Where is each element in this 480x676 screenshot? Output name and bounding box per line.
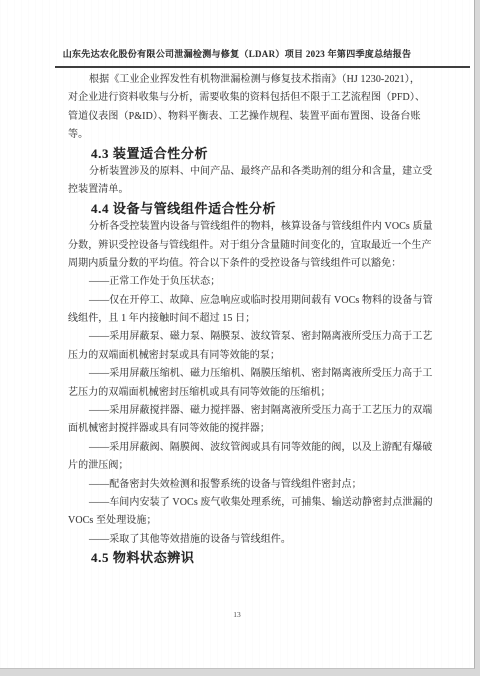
paragraph-line: 管道仪表图（P&ID）、物料平衡表、工艺操作规程、装置平面布置图、设备台账 <box>68 108 412 126</box>
document-page: 山东先达农化股份有限公司泄漏检测与修复（LDAR）项目 2023 年第四季度总结… <box>0 0 475 669</box>
exemption-item-line: ——采用屏蔽搅拌器、磁力搅拌器、密封隔离液所受压力高于工艺压力的双端 <box>68 402 412 420</box>
exemption-item-line: ——配备密封失效检测和报警系统的设备与管线组件密封点； <box>68 476 412 494</box>
paragraph-line: 根据《工业企业挥发性有机物泄漏检测与修复技术指南》（HJ 1230-2021）， <box>68 71 412 89</box>
paragraph-line: 控装置清单。 <box>68 181 412 199</box>
exemption-item-line: 片的泄压阀； <box>68 457 412 475</box>
page-footer: 13 <box>0 610 474 619</box>
exemption-item-line: 压力的双端面机械密封泵或具有同等效能的泵； <box>68 347 412 365</box>
exemption-item-line: ——仅在开停工、故障、应急响应或临时投用期间载有 VOCs 物料的设备与管 <box>68 292 412 310</box>
paragraph-line: 周期内质量分数的平均值。符合以下条件的受控设备与管线组件可以豁免： <box>68 255 412 273</box>
section-heading-4-3: 4.3 装置适合性分析 <box>68 145 412 163</box>
paragraph-line: 分析装置涉及的原料、中间产品、最终产品和各类助剂的组分和含量，建立受 <box>68 163 412 181</box>
document-body: 根据《工业企业挥发性有机物泄漏检测与修复技术指南》（HJ 1230-2021），… <box>68 71 412 568</box>
exemption-item-line: 面机械密封搅拌器或具有同等效能的搅拌器； <box>68 420 412 438</box>
exemption-item-line: 线组件，且 1 年内接触时间不超过 15 日； <box>68 310 412 328</box>
paragraph-line: 分数，辨识受控设备与管线组件。对于组分含量随时间变化的，宜取最近一个生产 <box>68 237 412 255</box>
exemption-item-line: ——采用屏蔽泵、磁力泵、隔膜泵、波纹管泵、密封隔离液所受压力高于工艺 <box>68 328 412 346</box>
exemption-item-line: ——车间内安装了 VOCs 废气收集处理系统，可捕集、输送动静密封点泄漏的 <box>68 494 412 512</box>
exemption-item-line: VOCs 至处理设施； <box>68 512 412 530</box>
section-heading-4-4: 4.4 设备与管线组件适合性分析 <box>68 200 412 218</box>
page-number: 13 <box>233 610 241 619</box>
exemption-item-line: ——采用屏蔽压缩机、磁力压缩机、隔膜压缩机、密封隔离液所受压力高于工 <box>68 365 412 383</box>
exemption-item-line: 艺压力的双端面机械密封压缩机或具有同等效能的压缩机； <box>68 384 412 402</box>
section-heading-4-5: 4.5 物料状态辨识 <box>68 549 412 567</box>
header-divider <box>55 66 470 68</box>
exemption-item-line: ——采取了其他等效措施的设备与管线组件。 <box>68 531 412 549</box>
paragraph-line: 等。 <box>68 126 412 144</box>
paragraph-line: 分析各受控装置内设备与管线组件的物料，核算设备与管线组件内 VOCs 质量 <box>68 218 412 236</box>
paragraph-line: 对企业进行资料收集与分析，需要收集的资料包括但不限于工艺流程图（PFD）、 <box>68 89 412 107</box>
exemption-item-line: ——采用屏蔽阀、隔膜阀、波纹管阀或具有同等效能的阀，以及上游配有爆破 <box>68 439 412 457</box>
exemption-item-line: ——正常工作处于负压状态； <box>68 273 412 291</box>
header-title: 山东先达农化股份有限公司泄漏检测与修复（LDAR）项目 2023 年第四季度总结… <box>0 47 474 60</box>
